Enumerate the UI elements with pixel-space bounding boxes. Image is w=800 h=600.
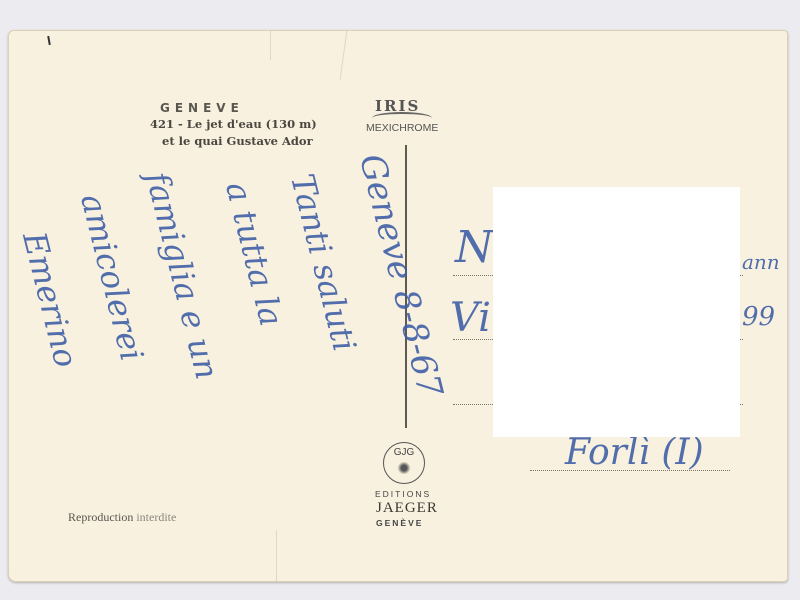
reproduction-notice: Reproduction interdite	[68, 510, 176, 525]
notice-part-2: interdite	[136, 510, 176, 524]
publisher-city: GENÈVE	[376, 518, 423, 528]
address-fragment-2-left: Vi	[450, 295, 491, 341]
card-crease	[276, 530, 277, 582]
redacted-address-block	[493, 187, 740, 437]
card-crease	[270, 30, 271, 60]
caption-line-1: 421 - Le jet d'eau (130 m)	[150, 117, 317, 131]
publisher-emblem-icon	[397, 462, 411, 474]
publisher-name: JAEGER	[376, 500, 438, 517]
publisher-logo-icon: GJG	[383, 442, 425, 484]
publisher-editions: EDITIONS	[375, 489, 431, 499]
address-fragment-1-right: ann	[742, 250, 780, 274]
notice-part-1: Reproduction	[68, 510, 133, 524]
card-crease	[340, 30, 348, 80]
city-title: GENEVE	[160, 101, 244, 115]
caption-line-2: et le quai Gustave Ador	[162, 134, 313, 148]
address-city: Forlì (I)	[565, 432, 704, 473]
address-fragment-1-left: N	[455, 222, 494, 273]
publisher-logo-text: GJG	[384, 447, 424, 458]
address-fragment-2-right: 99	[742, 302, 775, 332]
brand-subtitle: MEXICHROME	[366, 122, 438, 134]
